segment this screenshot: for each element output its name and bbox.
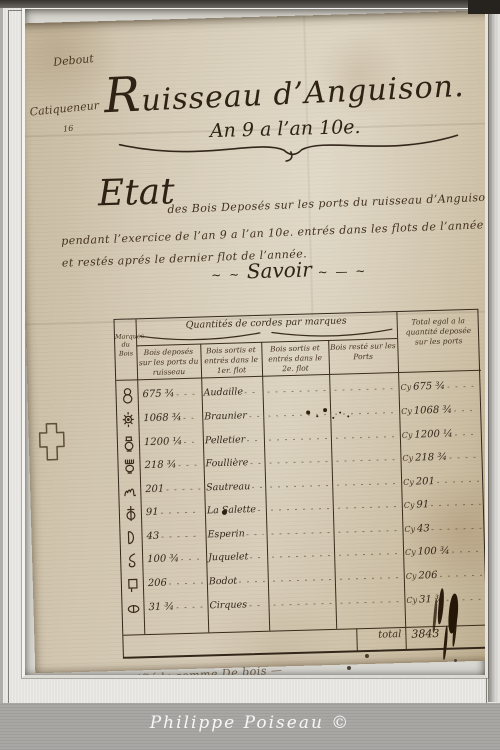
name-cell: Foullière	[205, 451, 264, 476]
total-cell: Cy100 ¾	[405, 539, 485, 564]
empty-cell	[335, 518, 401, 543]
empty-cell	[270, 567, 334, 592]
frame-edge-right	[488, 8, 500, 702]
dotted-leader	[184, 430, 199, 453]
total-cell: Cy31 ¾	[406, 587, 486, 612]
qty-cell: 31 ¾	[145, 594, 206, 619]
dotted-leader	[249, 404, 261, 427]
total-value: 100 ¾	[418, 546, 450, 558]
name-value: La Salette	[207, 504, 256, 516]
mat-speck	[454, 659, 457, 662]
qty-cell: 1200 ¼	[141, 430, 202, 455]
dotted-leader	[176, 595, 204, 619]
column-header-marques: Marques du Bois	[115, 332, 137, 358]
total-cell: Cy1068 ¾	[401, 398, 481, 423]
qty-value: 100 ¾	[147, 553, 179, 565]
empty-cell	[265, 402, 329, 427]
empty-cell	[270, 591, 334, 616]
total-value: 201	[416, 476, 435, 488]
qty-cell: 91	[143, 500, 204, 525]
intro-line: des Bois Deposés sur les ports du ruisse…	[167, 191, 488, 216]
dotted-leader	[250, 545, 264, 568]
frame-edge-top	[0, 0, 500, 8]
dotted-leader	[183, 406, 198, 429]
empty-cell	[266, 449, 330, 474]
grand-total-label: total	[337, 629, 401, 642]
photo-frame: Debout Catiqueneur 16 Ruisseau d’Anguiso…	[0, 0, 500, 750]
qty-cell: 43	[143, 524, 204, 549]
dotted-leader	[239, 569, 265, 593]
column-header-reste: Bois resté sur les Ports	[329, 341, 397, 362]
name-value: Sautreau	[206, 481, 250, 493]
grand-total-number: 3843	[411, 627, 439, 641]
name-value: Pelletier	[205, 434, 246, 446]
total-cell: Cy206	[405, 563, 485, 588]
dotted-leader	[160, 500, 201, 524]
total-value: 206	[418, 570, 437, 582]
cy-prefix: Cy	[404, 525, 415, 534]
qty-value: 31 ¾	[148, 601, 174, 613]
total-cell: Cy1200 ¼	[402, 422, 482, 447]
name-value: Bodot	[209, 576, 238, 588]
ink-dot	[365, 654, 369, 658]
dotted-leader	[454, 398, 479, 422]
dotted-leader	[252, 475, 263, 498]
dotted-leader	[454, 422, 479, 446]
cy-prefix: Cy	[404, 501, 415, 510]
empty-cell	[264, 378, 328, 403]
dotted-leader	[432, 516, 482, 540]
name-value: Braunier	[204, 410, 247, 422]
name-cell: Audaille	[203, 380, 262, 405]
qty-value: 675 ¾	[142, 388, 174, 400]
empty-cell	[266, 426, 330, 451]
empty-cell	[267, 473, 331, 498]
empty-cell	[337, 589, 403, 614]
name-cell: Cirques	[209, 593, 268, 618]
frame-edge-left	[0, 8, 3, 750]
cy-prefix: Cy	[402, 431, 413, 440]
name-value: Juquelet	[208, 551, 249, 563]
qty-cell: 218 ¾	[141, 453, 202, 478]
column-header-flot2: Bois sortis et entrés dans le 2e. flot	[262, 343, 328, 374]
empty-cell	[332, 400, 398, 425]
cy-prefix: Cy	[400, 383, 411, 392]
total-cell: Cy675 ¾	[400, 374, 480, 399]
total-value: 91	[416, 499, 429, 510]
dotted-leader	[169, 571, 204, 595]
empty-cell	[335, 494, 401, 519]
total-value: 43	[417, 523, 430, 534]
empty-cell	[268, 520, 332, 545]
column-header-deposes: Bois deposés sur les ports du ruisseau	[137, 347, 200, 378]
ink-dot	[222, 510, 227, 515]
empty-cell	[334, 471, 400, 496]
qty-value: 43	[146, 531, 159, 542]
dotted-leader	[431, 492, 481, 516]
watermark: Philippe Poiseau ©	[60, 713, 440, 733]
dotted-leader	[176, 382, 198, 406]
qty-value: 1200 ¼	[144, 436, 183, 448]
mark-orb-cross-icon	[120, 501, 142, 525]
dotted-leader	[246, 522, 263, 545]
name-value: Foullière	[205, 457, 248, 469]
mark-crown-icon	[118, 454, 140, 478]
name-cell: Esperin	[207, 522, 266, 547]
total-cell: Cy218 ¾	[402, 445, 482, 470]
column-header-flot1: Bois sortis et entrés dans le 1er. flot	[201, 345, 261, 376]
mark-double-circle-icon	[116, 383, 138, 407]
column-header-total: Total egal a la quantité deposée sur les…	[399, 316, 479, 347]
margin-mark-icon	[37, 420, 66, 463]
document-paper: Debout Catiqueneur 16 Ruisseau d’Anguiso…	[22, 10, 488, 673]
qty-value: 206	[148, 578, 167, 590]
qty-value: 91	[146, 507, 159, 518]
dotted-leader	[181, 547, 203, 571]
name-value: Esperin	[207, 528, 245, 540]
mark-loop-icon	[121, 548, 143, 572]
cy-prefix: Cy	[403, 478, 414, 487]
name-cell: Pelletier	[205, 428, 264, 453]
mark-lamp-icon	[118, 431, 140, 455]
empty-cell	[333, 424, 399, 449]
dotted-leader	[437, 469, 481, 493]
qty-cell: 206	[145, 570, 206, 595]
dotted-leader	[250, 451, 262, 474]
name-cell: Sautreau	[206, 475, 265, 500]
wood-table: Quantités de cordes par marques Marques …	[113, 309, 487, 659]
mat-window: Debout Catiqueneur 16 Ruisseau d’Anguiso…	[22, 6, 488, 678]
dotted-leader	[178, 453, 200, 477]
cy-prefix: Cy	[406, 596, 417, 605]
empty-cell	[336, 565, 402, 590]
ink-speckles	[306, 410, 310, 414]
qty-value: 201	[145, 484, 164, 496]
total-value: 1068 ¾	[414, 405, 453, 417]
dotted-leader	[447, 374, 478, 398]
total-value: 218 ¾	[415, 452, 447, 464]
dotted-leader	[441, 632, 483, 633]
qty-cell: 675 ¾	[139, 382, 200, 407]
photo-bottom-band: Philippe Poiseau ©	[0, 703, 500, 750]
empty-cell	[269, 543, 333, 568]
dotted-leader	[166, 477, 201, 501]
name-cell: La Salette	[207, 498, 266, 523]
name-cell: Juquelet	[208, 545, 267, 570]
footer-note: Certifié la somme De bois	[110, 663, 283, 678]
name-value: Audaille	[203, 386, 243, 398]
dotted-leader	[245, 380, 260, 403]
mark-square-flag-icon	[122, 572, 144, 596]
total-cell: Cy43	[404, 516, 484, 541]
dotted-leader	[439, 563, 483, 587]
qty-cell: 1068 ¾	[140, 406, 201, 431]
empty-cell	[268, 496, 332, 521]
cy-prefix: Cy	[406, 572, 417, 581]
qty-cell: 201	[142, 477, 203, 502]
mark-buckle-icon	[122, 596, 144, 620]
name-value: Cirques	[209, 599, 247, 611]
dotted-leader	[449, 445, 480, 469]
cy-prefix: Cy	[405, 548, 416, 557]
cy-prefix: Cy	[401, 407, 412, 416]
qty-value: 218 ¾	[144, 459, 176, 471]
qty-cell: 100 ¾	[144, 547, 205, 572]
dotted-leader	[451, 539, 482, 563]
qty-value: 1068 ¾	[143, 412, 182, 424]
intro-lead: Etat	[97, 171, 175, 214]
mark-sun-icon	[117, 407, 139, 431]
total-cell: Cy91	[403, 492, 483, 517]
empty-cell	[331, 376, 397, 401]
mat-speck	[347, 666, 351, 670]
dotted-leader	[258, 498, 264, 521]
cy-prefix: Cy	[402, 454, 413, 463]
name-cell: Bodot	[209, 569, 268, 594]
total-cell: Cy201	[403, 469, 483, 494]
total-value: 31 ¾	[419, 594, 445, 606]
empty-cell	[336, 541, 402, 566]
total-value: 1200 ¼	[414, 429, 453, 441]
dotted-leader	[249, 593, 266, 616]
name-cell: Braunier	[204, 404, 263, 429]
mark-script-m-icon	[119, 478, 141, 502]
total-value: 675 ¾	[413, 381, 445, 393]
dotted-leader	[247, 428, 261, 451]
empty-cell	[333, 447, 399, 472]
mark-letter-d-icon	[120, 525, 142, 549]
margin-annotation: Debout	[53, 52, 95, 69]
dotted-leader	[161, 524, 202, 548]
intro-line: pendant l’exercice de l’an 9 a l’an 10e.…	[61, 218, 484, 247]
